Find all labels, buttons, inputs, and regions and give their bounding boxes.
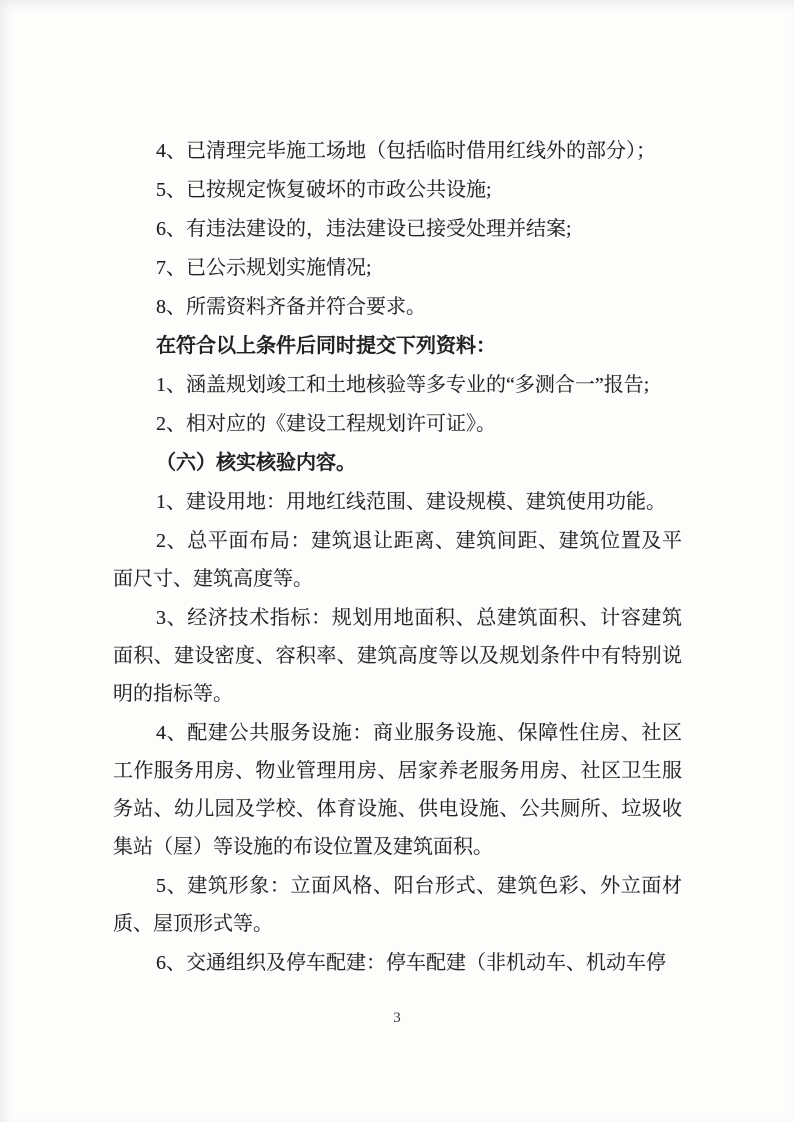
document-body: 4、已清理完毕施工场地（包括临时借用红线外的部分）；5、已按规定恢复破坏的市政公…	[113, 132, 682, 983]
paragraph: 1、建设用地：用地红线范围、建设规模、建筑使用功能。	[113, 483, 682, 521]
paragraph: 4、配建公共服务设施：商业服务设施、保障性住房、社区工作服务用房、物业管理用房、…	[113, 714, 682, 866]
paragraph: 5、已按规定恢复破坏的市政公共设施;	[113, 171, 682, 209]
page-number: 3	[0, 1008, 794, 1028]
paragraph: 5、建筑形象：立面风格、阳台形式、建筑色彩、外立面材质、屋顶形式等。	[113, 867, 682, 943]
paragraph: 8、所需资料齐备并符合要求。	[113, 288, 682, 326]
paragraph: 7、已公示规划实施情况;	[113, 249, 682, 287]
paragraph: 1、涵盖规划竣工和土地核验等多专业的“多测合一”报告;	[113, 366, 682, 404]
section-heading: （六）核实核验内容。	[113, 444, 682, 482]
paragraph: 3、经济技术指标：规划用地面积、总建筑面积、计容建筑面积、建设密度、容积率、建筑…	[113, 599, 682, 713]
section-heading: 在符合以上条件后同时提交下列资料：	[113, 327, 682, 365]
paragraph: 2、相对应的《建设工程规划许可证》。	[113, 405, 682, 443]
paragraph: 2、总平面布局：建筑退让距离、建筑间距、建筑位置及平面尺寸、建筑高度等。	[113, 522, 682, 598]
document-page: 4、已清理完毕施工场地（包括临时借用红线外的部分）；5、已按规定恢复破坏的市政公…	[0, 0, 794, 1122]
paragraph: 6、交通组织及停车配建：停车配建（非机动车、机动车停	[113, 944, 682, 982]
paragraph: 4、已清理完毕施工场地（包括临时借用红线外的部分）；	[113, 132, 682, 170]
paragraph: 6、有违法建设的，违法建设已接受处理并结案;	[113, 210, 682, 248]
